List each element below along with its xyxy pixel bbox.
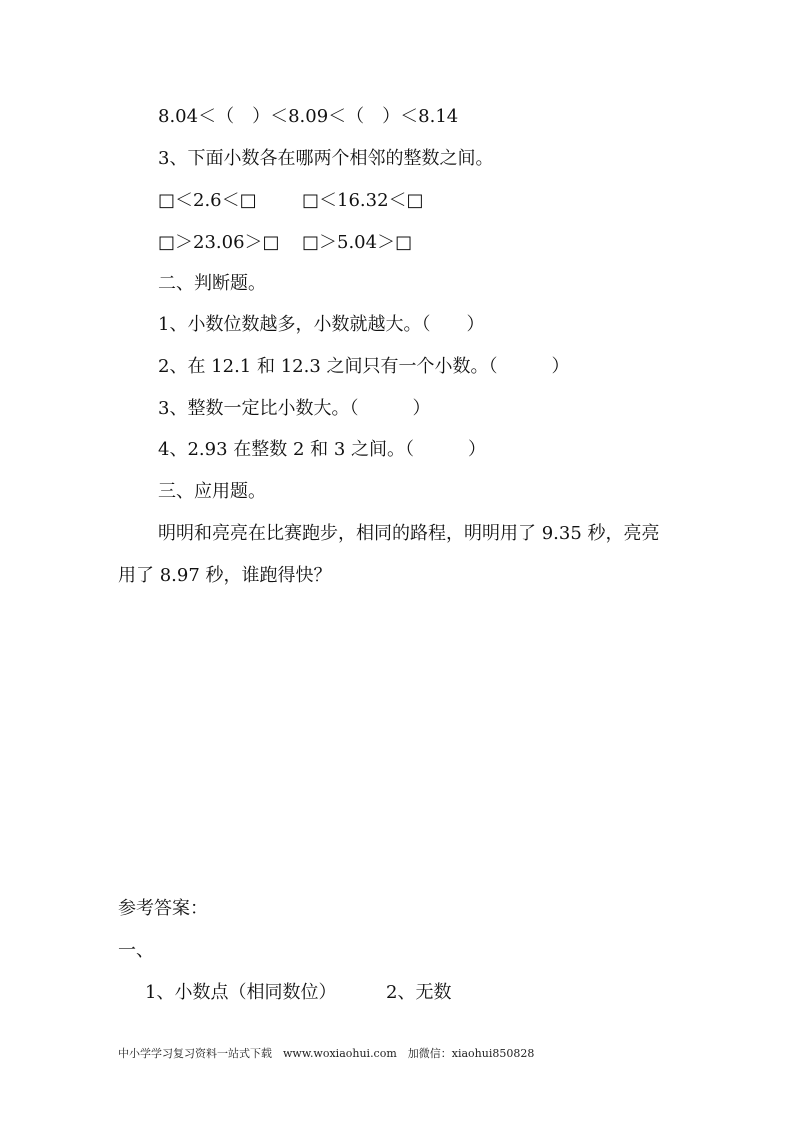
section-2-title: 二、判断题。 — [158, 273, 266, 295]
answer-item-2: 2、无数 — [386, 982, 451, 1004]
word-problem-line-2: 用了 8.97 秒，谁跑得快？ — [118, 565, 332, 587]
q3-row2-right: □＞5.04＞□ — [302, 232, 412, 254]
judgment-item-4: 4、2.93 在整数 2 和 3 之间。（ ） — [158, 439, 486, 461]
q3-row2-left: □＞23.06＞□ — [158, 232, 280, 254]
word-problem-line-1: 明明和亮亮在比赛跑步，相同的路程，明明用了 9.35 秒，亮亮 — [158, 523, 660, 545]
q3-row1-left: □＜2.6＜□ — [158, 190, 257, 212]
judgment-item-1: 1、小数位数越多，小数就越大。（ ） — [158, 314, 484, 336]
section-3-title: 三、应用题。 — [158, 481, 266, 503]
page-footer: 中小学学习复习资料一站式下载 www.woxiaohui.com 加微信：xia… — [118, 1045, 534, 1061]
answers-title: 参考答案： — [118, 898, 208, 920]
judgment-item-3: 3、整数一定比小数大。（ ） — [158, 398, 430, 420]
answer-item-1: 1、小数点（相同数位） — [145, 982, 336, 1004]
answers-section-1: 一、 — [118, 940, 154, 962]
question-3-title: 3、下面小数各在哪两个相邻的整数之间。 — [158, 148, 493, 170]
comparison-chain-question: 8.04＜（ ）＜8.09＜（ ）＜8.14 — [158, 106, 458, 128]
judgment-item-2: 2、在 12.1 和 12.3 之间只有一个小数。（ ） — [158, 356, 570, 378]
q3-row1-right: □＜16.32＜□ — [302, 190, 424, 212]
